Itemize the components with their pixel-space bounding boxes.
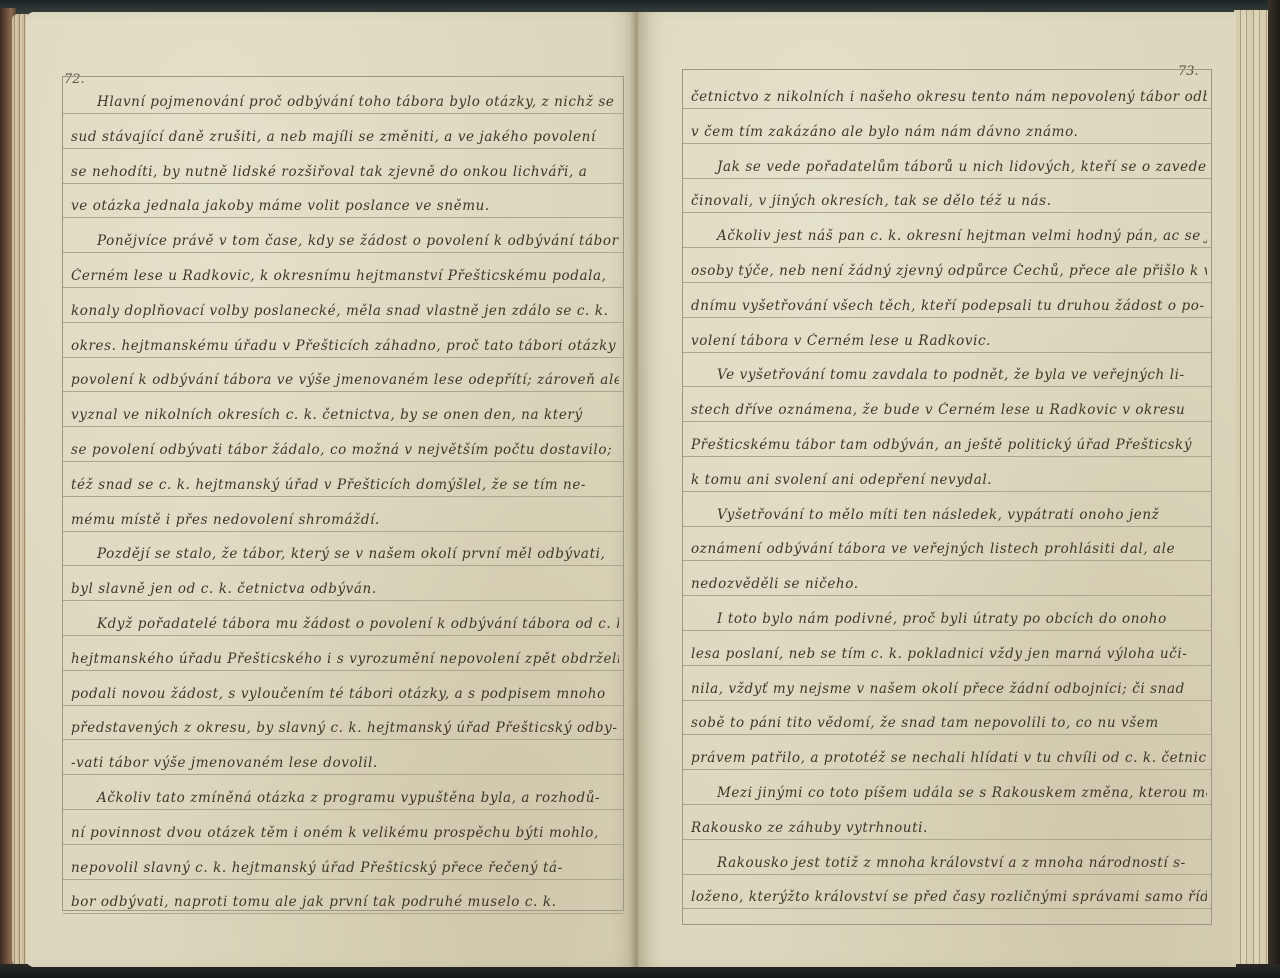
handwritten-line: lesa poslaní, neb se tím c. k. pokladnic… — [683, 627, 1211, 666]
handwritten-line: Ponějvíce právě v tom čase, kdy se žádos… — [63, 214, 623, 253]
left-page: 72. Hlavní pojmenování proč odbývání toh… — [26, 12, 638, 967]
handwritten-line: Černém lese u Radkovic, k okresnímu hejt… — [63, 249, 623, 288]
handwritten-line-text: četnictvo z nikolních i našeho okresu te… — [691, 89, 1207, 105]
handwritten-line-text: Ačkoliv jest náš pan c. k. okresní hejtm… — [691, 228, 1207, 244]
handwritten-line-text: mému místě i přes nedovolení shromáždí. — [71, 512, 619, 528]
page-edges-right — [1234, 10, 1270, 970]
handwritten-line-text: povolení k odbývání tábora ve výše jmeno… — [71, 372, 619, 388]
handwritten-line-text: stech dříve oznámena, že bude v Černém l… — [691, 402, 1207, 418]
handwritten-line: volení tábora v Černém lese u Radkovic. — [683, 314, 1211, 353]
handwritten-line-text: dnímu vyšetřování všech těch, kteří pode… — [691, 298, 1207, 314]
handwritten-line: povolení k odbývání tábora ve výše jmeno… — [63, 353, 623, 392]
handwritten-line: nepovolil slavný c. k. hejtmanský úřad P… — [63, 841, 623, 880]
handwritten-line: dnímu vyšetřování všech těch, kteří pode… — [683, 279, 1211, 318]
handwritten-line-text: konaly doplňovací volby poslanecké, měla… — [71, 303, 619, 319]
handwritten-line: Mezi jinými co toto píšem udála se s Rak… — [683, 766, 1211, 805]
handwritten-line-text: též snad se c. k. hejtmanský úřad v Přeš… — [71, 477, 619, 493]
handwritten-line-text: nepovolil slavný c. k. hejtmanský úřad P… — [71, 860, 619, 876]
handwritten-line-text: byl slavně jen od c. k. četnictva odbývá… — [71, 581, 619, 597]
handwritten-line-text: Ponějvíce právě v tom čase, kdy se žádos… — [71, 233, 619, 249]
left-page-lines: Hlavní pojmenování proč odbývání toho tá… — [63, 77, 623, 910]
handwritten-line: ve otázka jednala jakoby máme volit posl… — [63, 179, 623, 218]
handwritten-line: Rakousko jest totiž z mnoha království a… — [683, 836, 1211, 875]
handwritten-line: Ve vyšetřování tomu zavdala to podnět, ž… — [683, 348, 1211, 387]
handwritten-line-text: právem patřilo, a prototéž se nechali hl… — [691, 750, 1207, 766]
handwritten-line-text: sobě to páni tito vědomí, že snad tam ne… — [691, 715, 1207, 731]
handwritten-line-text: bor odbývati, naproti tomu ale jak první… — [71, 894, 619, 910]
handwritten-line-text: Rakousko ze záhuby vytrhnouti. — [691, 820, 1207, 836]
handwritten-line: se nehodíti, by nutně lidské rozšiřoval … — [63, 145, 623, 184]
handwritten-line: též snad se c. k. hejtmanský úřad v Přeš… — [63, 458, 623, 497]
handwritten-line-text: sud stávající daně zrušiti, a neb majíli… — [71, 129, 619, 145]
handwritten-line: hejtmanského úřadu Přešticského i s vyro… — [63, 632, 623, 671]
handwritten-line-text: vyznal ve nikolních okresích c. k. četni… — [71, 407, 619, 423]
handwritten-line: loženo, kterýžto království se před časy… — [683, 870, 1211, 909]
handwritten-line: osoby týče, neb není žádný zjevný odpůrc… — [683, 244, 1211, 283]
handwritten-line-text: se povolení odbývati tábor žádalo, co mo… — [71, 442, 619, 458]
document-scan: 72. Hlavní pojmenování proč odbývání toh… — [0, 0, 1280, 978]
handwritten-line: konaly doplňovací volby poslanecké, měla… — [63, 284, 623, 323]
handwritten-line-text: Černém lese u Radkovic, k okresnímu hejt… — [71, 268, 619, 284]
handwritten-line: k tomu ani svolení ani odepření nevydal. — [683, 453, 1211, 492]
handwritten-line-text: Rakousko jest totiž z mnoha království a… — [691, 855, 1207, 871]
handwritten-line-text: Jak se vede pořadatelům táborů u nich li… — [691, 159, 1207, 175]
handwritten-line-text: oznámení odbývání tábora ve veřejných li… — [691, 541, 1207, 557]
handwritten-line-text: představených z okresu, by slavný c. k. … — [71, 720, 619, 736]
handwritten-line-text: loženo, kterýžto království se před časy… — [691, 889, 1207, 905]
handwritten-line: stech dříve oznámena, že bude v Černém l… — [683, 383, 1211, 422]
handwritten-line: Pozdějí se stalo, že tábor, který se v n… — [63, 527, 623, 566]
handwritten-line: právem patřilo, a prototéž se nechali hl… — [683, 731, 1211, 770]
handwritten-line-text: Hlavní pojmenování proč odbývání toho tá… — [71, 94, 619, 110]
handwritten-line: podali novou žádost, s vyloučením té táb… — [63, 667, 623, 706]
handwritten-line: Vyšetřování to mělo míti ten následek, v… — [683, 488, 1211, 527]
handwritten-line: činovali, v jiných okresích, tak se dělo… — [683, 174, 1211, 213]
handwritten-line: Hlavní pojmenování proč odbývání toho tá… — [63, 75, 623, 114]
handwritten-line-text: Ačkoliv tato zmíněná otázka z programu v… — [71, 790, 619, 806]
handwritten-line-text: I toto bylo nám podivné, proč byli útrat… — [691, 611, 1207, 627]
handwritten-line: ní povinnost dvou otázek těm i oném k ve… — [63, 806, 623, 845]
left-page-ruled-frame: Hlavní pojmenování proč odbývání toho tá… — [62, 76, 624, 911]
right-page-ruled-frame: četnictvo z nikolních i našeho okresu te… — [682, 69, 1212, 925]
handwritten-line-text: Mezi jinými co toto píšem udála se s Rak… — [691, 785, 1207, 801]
handwritten-line-text: lesa poslaní, neb se tím c. k. pokladnic… — [691, 646, 1207, 662]
handwritten-line-text: Když pořadatelé tábora mu žádost o povol… — [71, 616, 619, 632]
handwritten-line-text: Ve vyšetřování tomu zavdala to podnět, ž… — [691, 367, 1207, 383]
handwritten-line: Když pořadatelé tábora mu žádost o povol… — [63, 597, 623, 636]
handwritten-line-text: ní povinnost dvou otázek těm i oném k ve… — [71, 825, 619, 841]
handwritten-line-text: nila, vždyť my nejsme v našem okolí přec… — [691, 681, 1207, 697]
right-page-lines: četnictvo z nikolních i našeho okresu te… — [683, 70, 1211, 924]
right-page: 73. četnictvo z nikolních i našeho okres… — [638, 12, 1236, 967]
handwritten-line: I toto bylo nám podivné, proč byli útrat… — [683, 592, 1211, 631]
handwritten-line: Ačkoliv jest náš pan c. k. okresní hejtm… — [683, 209, 1211, 248]
handwritten-line-text: Přešticskému tábor tam odbýván, an ještě… — [691, 437, 1207, 453]
handwritten-line: byl slavně jen od c. k. četnictva odbývá… — [63, 562, 623, 601]
handwritten-line: v čem tím zakázáno ale bylo nám nám dávn… — [683, 105, 1211, 144]
handwritten-line: Rakousko ze záhuby vytrhnouti. — [683, 801, 1211, 840]
handwritten-line: -vati tábor výše jmenovaném lese dovolil… — [63, 736, 623, 775]
handwritten-line: mému místě i přes nedovolení shromáždí. — [63, 493, 623, 532]
handwritten-line: sobě to páni tito vědomí, že snad tam ne… — [683, 696, 1211, 735]
handwritten-line: oznámení odbývání tábora ve veřejných li… — [683, 522, 1211, 561]
handwritten-line-text: -vati tábor výše jmenovaném lese dovolil… — [71, 755, 619, 771]
handwritten-line-text: ve otázka jednala jakoby máme volit posl… — [71, 198, 619, 214]
handwritten-line-text: okres. hejtmanskému úřadu v Přešticích z… — [71, 338, 619, 354]
handwritten-line-text: podali novou žádost, s vyloučením té táb… — [71, 686, 619, 702]
handwritten-line: představených z okresu, by slavný c. k. … — [63, 701, 623, 740]
handwritten-line-text: osoby týče, neb není žádný zjevný odpůrc… — [691, 263, 1207, 279]
handwritten-line: četnictvo z nikolních i našeho okresu te… — [683, 70, 1211, 109]
book-cover-right-edge — [1268, 0, 1280, 978]
handwritten-line: nedozvěděli se ničeho. — [683, 557, 1211, 596]
handwritten-line-text: volení tábora v Černém lese u Radkovic. — [691, 333, 1207, 349]
handwritten-line-text: hejtmanského úřadu Přešticského i s vyro… — [71, 651, 619, 667]
handwritten-line: se povolení odbývati tábor žádalo, co mo… — [63, 423, 623, 462]
handwritten-line: Ačkoliv tato zmíněná otázka z programu v… — [63, 771, 623, 810]
handwritten-line: bor odbývati, naproti tomu ale jak první… — [63, 875, 623, 914]
handwritten-line-text: k tomu ani svolení ani odepření nevydal. — [691, 472, 1207, 488]
handwritten-line-text: nedozvěděli se ničeho. — [691, 576, 1207, 592]
handwritten-line-text: v čem tím zakázáno ale bylo nám nám dávn… — [691, 124, 1207, 140]
handwritten-line: sud stávající daně zrušiti, a neb majíli… — [63, 110, 623, 149]
handwritten-line-text: Pozdějí se stalo, že tábor, který se v n… — [71, 546, 619, 562]
handwritten-line-text: Vyšetřování to mělo míti ten následek, v… — [691, 507, 1207, 523]
handwritten-line: Přešticskému tábor tam odbýván, an ještě… — [683, 418, 1211, 457]
handwritten-line: Jak se vede pořadatelům táborů u nich li… — [683, 140, 1211, 179]
handwritten-line: nila, vždyť my nejsme v našem okolí přec… — [683, 662, 1211, 701]
handwritten-line-text: činovali, v jiných okresích, tak se dělo… — [691, 193, 1207, 209]
handwritten-line: okres. hejtmanskému úřadu v Přešticích z… — [63, 319, 623, 358]
handwritten-line: vyznal ve nikolních okresích c. k. četni… — [63, 388, 623, 427]
handwritten-line-text: se nehodíti, by nutně lidské rozšiřoval … — [71, 164, 619, 180]
